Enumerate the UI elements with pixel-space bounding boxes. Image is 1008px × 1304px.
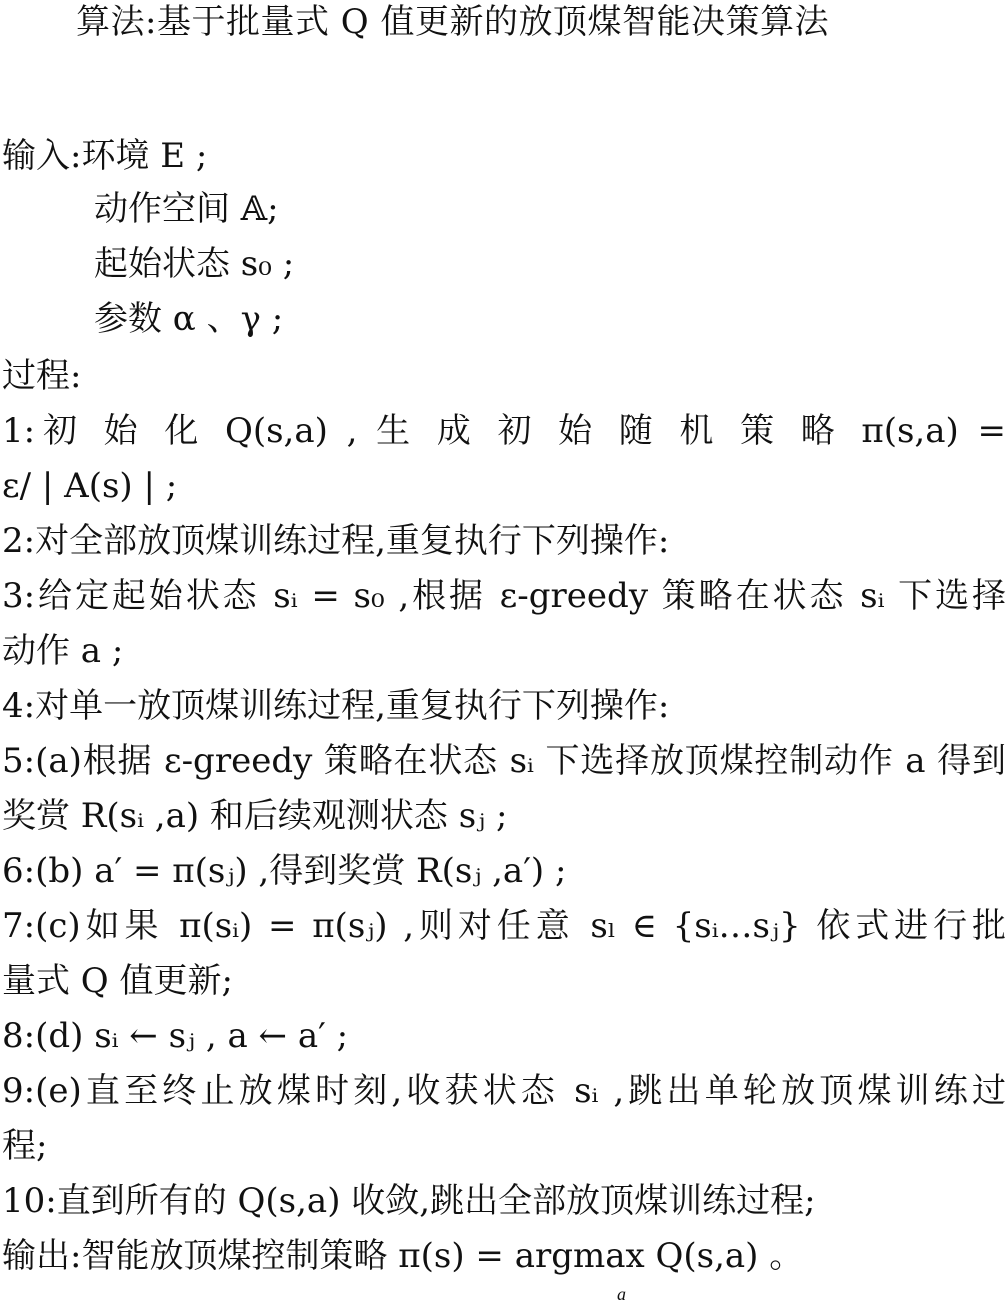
step-7: 7:(c)如果 π(sᵢ) = π(sⱼ) ,则对任意 sₗ ∈ {sᵢ…sⱼ}… xyxy=(2,906,1006,946)
step-number: 1: xyxy=(2,411,35,451)
step-9-continuation: 程; xyxy=(2,1126,1006,1166)
step-3-continuation: 动作 a ; xyxy=(2,631,1006,671)
input-environment: 环境 E ; xyxy=(81,136,207,176)
step-number: 2: xyxy=(2,521,35,561)
step-number: 6: xyxy=(2,851,35,891)
step-5: 5:(a)根据 ε-greedy 策略在状态 sᵢ 下选择放顶煤控制动作 a 得… xyxy=(2,741,1006,781)
step-text: (b) a′ = π(sⱼ) ,得到奖赏 R(sⱼ ,a′) ; xyxy=(35,851,566,891)
input-label: 输入: xyxy=(2,136,81,176)
step-8: 8:(d) sᵢ ← sⱼ , a ← a′ ; xyxy=(2,1016,1006,1056)
step-text: 给定起始状态 sᵢ = s₀ ,根据 ε-greedy 策略在状态 sᵢ 下选择 xyxy=(35,576,1006,616)
step-6: 6:(b) a′ = π(sⱼ) ,得到奖赏 R(sⱼ ,a′) ; xyxy=(2,851,1006,891)
step-text: 对全部放顶煤训练过程,重复执行下列操作: xyxy=(35,521,669,561)
step-number: 10: xyxy=(2,1181,57,1221)
algorithm-title: 算法:基于批量式 Q 值更新的放顶煤智能决策算法 xyxy=(76,2,976,42)
algorithm-page: 算法:基于批量式 Q 值更新的放顶煤智能决策算法 输入:环境 E ; 动作空间 … xyxy=(0,0,1008,1304)
output-line: 输出:智能放顶煤控制策略 π(s) = argmax Q(s,a) 。 xyxy=(2,1236,1006,1276)
process-label: 过程: xyxy=(2,356,1006,396)
step-5-continuation: 奖赏 R(sᵢ ,a) 和后续观测状态 sⱼ ; xyxy=(2,796,1006,836)
input-initial-state: 起始状态 s₀ ; xyxy=(94,244,1008,284)
step-number: 3: xyxy=(2,576,35,616)
step-text: (a)根据 ε-greedy 策略在状态 sᵢ 下选择放顶煤控制动作 a 得到 xyxy=(35,741,1006,781)
step-number: 5: xyxy=(2,741,35,781)
step-text: (c)如果 π(sᵢ) = π(sⱼ) ,则对任意 sₗ ∈ {sᵢ…sⱼ} 依… xyxy=(35,906,1006,946)
step-number: 7: xyxy=(2,906,35,946)
step-number: 4: xyxy=(2,686,35,726)
step-text: (d) sᵢ ← sⱼ , a ← a′ ; xyxy=(35,1016,348,1056)
input-parameters: 参数 α 、γ ; xyxy=(94,299,1008,339)
step-10: 10:直到所有的 Q(s,a) 收敛,跳出全部放顶煤训练过程; xyxy=(2,1181,1006,1221)
step-3: 3:给定起始状态 sᵢ = s₀ ,根据 ε-greedy 策略在状态 sᵢ 下… xyxy=(2,576,1006,616)
step-1-continuation: ε/ | A(s) | ; xyxy=(2,466,1006,506)
step-text: 初 始 化 Q(s,a) , 生 成 初 始 随 机 策 略 π(s,a) = xyxy=(35,411,1006,451)
input-line-environment: 输入:环境 E ; xyxy=(2,136,1006,176)
step-4: 4:对单一放顶煤训练过程,重复执行下列操作: xyxy=(2,686,1006,726)
output-text: 智能放顶煤控制策略 π(s) = argmax Q(s,a) 。 xyxy=(81,1236,803,1276)
step-text: 直到所有的 Q(s,a) 收敛,跳出全部放顶煤训练过程; xyxy=(57,1181,816,1221)
step-9: 9:(e)直至终止放煤时刻,收获状态 sᵢ ,跳出单轮放顶煤训练过 xyxy=(2,1071,1006,1111)
argmax-subscript: a xyxy=(617,1284,626,1304)
step-7-continuation: 量式 Q 值更新; xyxy=(2,961,1006,1001)
step-2: 2:对全部放顶煤训练过程,重复执行下列操作: xyxy=(2,521,1006,561)
step-1: 1:初 始 化 Q(s,a) , 生 成 初 始 随 机 策 略 π(s,a) … xyxy=(2,411,1006,451)
input-action-space: 动作空间 𝔸; xyxy=(94,189,1008,229)
step-number: 9: xyxy=(2,1071,35,1111)
step-number: 8: xyxy=(2,1016,35,1056)
step-text: (e)直至终止放煤时刻,收获状态 sᵢ ,跳出单轮放顶煤训练过 xyxy=(35,1071,1006,1111)
output-label: 输出: xyxy=(2,1236,81,1276)
step-text: 对单一放顶煤训练过程,重复执行下列操作: xyxy=(35,686,669,726)
